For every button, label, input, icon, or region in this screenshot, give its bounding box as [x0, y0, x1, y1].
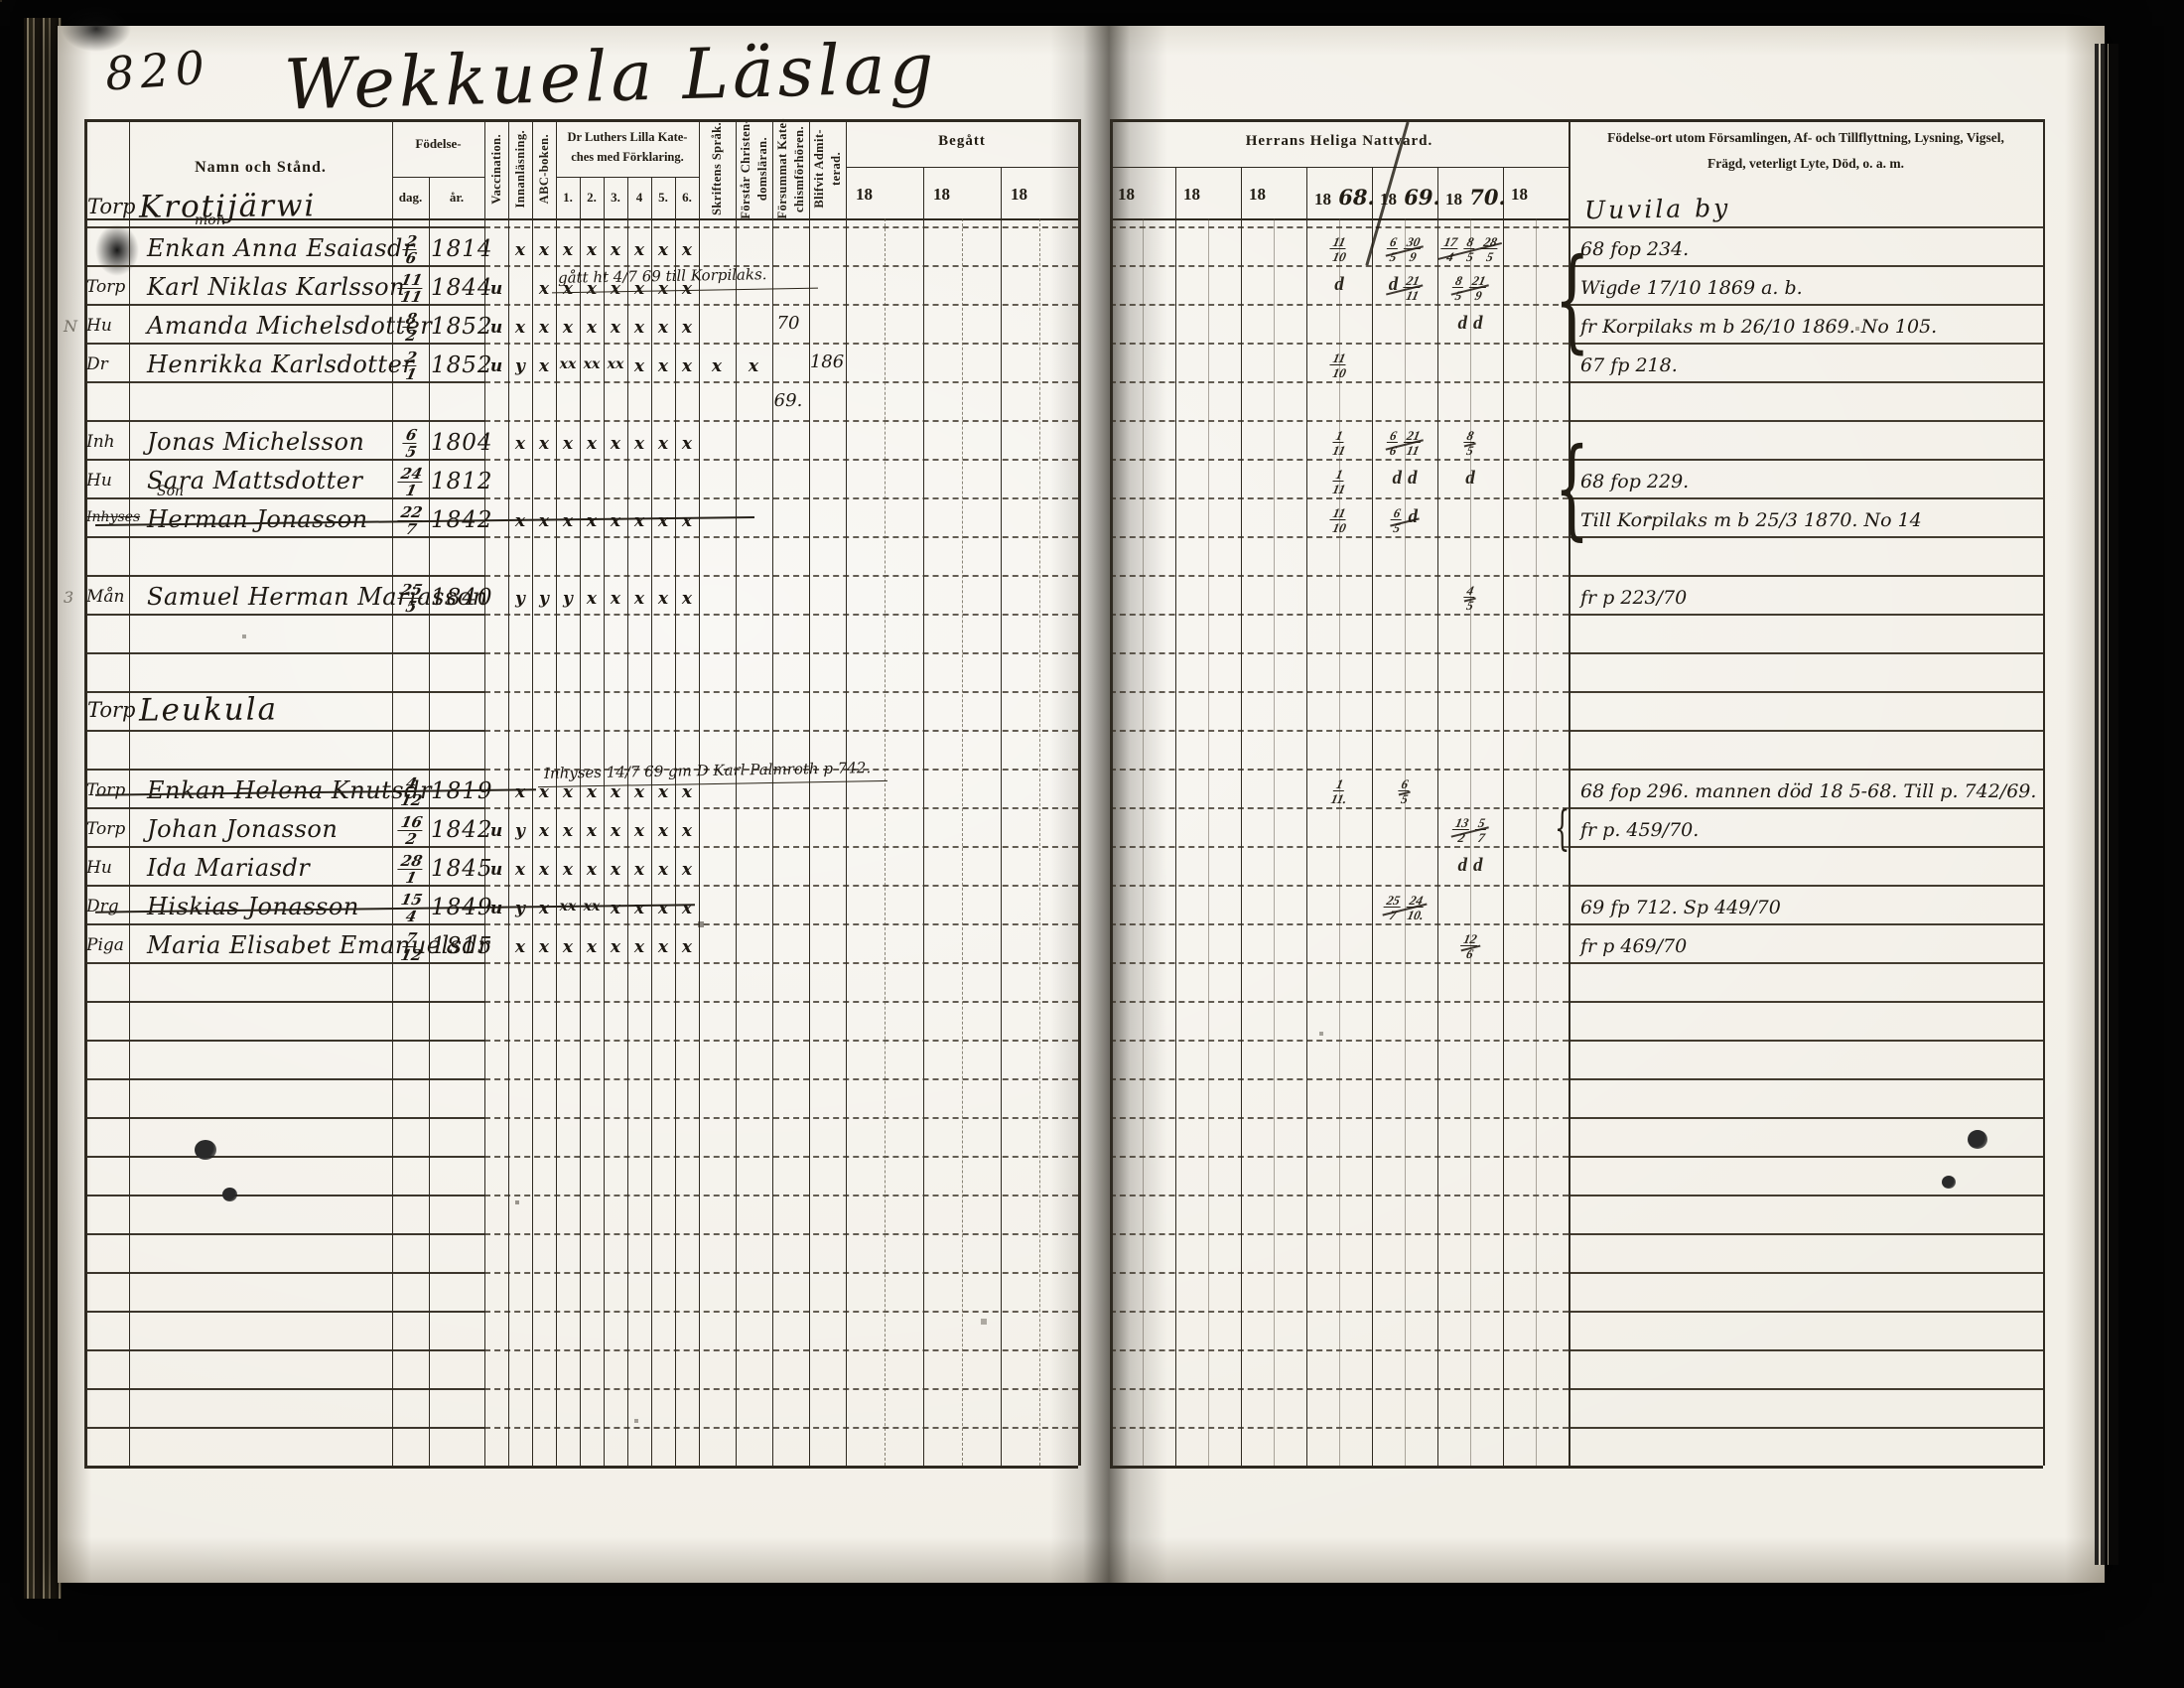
- rule-line: [484, 962, 1078, 964]
- marginal-note: 68 fop 234.: [1580, 238, 1689, 260]
- grid-line-vertical: [1372, 167, 1373, 1466]
- grid-subdivider: [962, 218, 963, 1466]
- birth-year: 1849: [431, 895, 493, 920]
- rule-line: [1569, 226, 2043, 228]
- birth-day: 712: [393, 931, 429, 963]
- mark: x: [587, 937, 597, 957]
- rule-line: [484, 536, 1078, 538]
- birth-day: 255: [393, 583, 429, 615]
- person-name: Henrikka Karlsdotter: [147, 351, 414, 378]
- birth-year: 1814: [431, 236, 493, 262]
- marginal-note: fr p. 459/70.: [1580, 819, 1699, 841]
- rule-line: [484, 1040, 1078, 1042]
- rule-line: [84, 575, 484, 577]
- mark: x: [634, 821, 644, 841]
- person-name: Herman Jonasson: [147, 505, 368, 533]
- row-prefix: Torp: [86, 819, 125, 839]
- mark: x: [611, 240, 620, 260]
- birth-day: 26: [393, 234, 429, 266]
- rule-line: [484, 652, 1078, 654]
- grid-line-vertical: [1110, 119, 1113, 1466]
- section-heading: Leukula: [139, 691, 278, 728]
- communion-dates: 111.: [1331, 777, 1347, 805]
- rule-line: [1569, 730, 2043, 732]
- mark: u: [490, 821, 502, 841]
- rule-line: [484, 226, 1078, 228]
- birth-day: 281: [393, 854, 429, 886]
- grid-subdivider: [1339, 218, 1340, 1466]
- margin-scribble: 3: [64, 588, 73, 607]
- marginal-note: fr p 223/70: [1580, 587, 1687, 609]
- row-prefix: Hu: [86, 471, 112, 491]
- rule-line: [484, 885, 1078, 887]
- mark: x: [611, 589, 620, 609]
- rule-line: [1569, 1040, 2043, 1042]
- grid-line: [84, 1466, 1078, 1469]
- row-prefix: Drg: [86, 897, 119, 916]
- rule-line: [84, 226, 484, 228]
- rule-line: [84, 1195, 484, 1196]
- mark: x: [539, 860, 549, 880]
- mark: xx: [560, 899, 577, 914]
- mark: x: [658, 821, 668, 841]
- mark: x: [515, 511, 525, 531]
- grid-subdivider: [1208, 218, 1209, 1466]
- mark: x: [658, 860, 668, 880]
- communion-dates: 111: [1333, 429, 1345, 457]
- grid-line-vertical: [736, 119, 737, 1466]
- mark: u: [490, 318, 502, 338]
- birth-day: 1111: [393, 273, 429, 305]
- row-prefix: Inh: [86, 432, 115, 452]
- rule-line: [84, 1001, 484, 1003]
- mark: x: [611, 511, 620, 531]
- birth-year: 1842: [431, 817, 493, 843]
- rule-line: [484, 459, 1078, 461]
- mark: x: [587, 860, 597, 880]
- communion-dates: d2111: [1389, 274, 1422, 302]
- ink-blot: [195, 1140, 216, 1160]
- rule-line: [1569, 575, 2043, 577]
- grid-subdivider: [1536, 218, 1537, 1466]
- rule-line: [84, 1272, 484, 1274]
- rule-line: [484, 730, 1078, 732]
- birth-year: 1844: [431, 275, 493, 301]
- communion-dates: 45: [1465, 584, 1476, 612]
- communion-dates: d: [1465, 468, 1475, 490]
- rule-line: [1569, 1272, 2043, 1274]
- mark: x: [611, 899, 620, 918]
- rule-line: [484, 1349, 1078, 1351]
- mark: y: [515, 356, 525, 376]
- birth-year: 1852: [431, 314, 493, 340]
- communion-dates: d: [1334, 274, 1344, 296]
- mark: x: [563, 860, 573, 880]
- communion-dates: 2572410.: [1385, 894, 1425, 921]
- mark: x: [563, 240, 573, 260]
- rule-line: [1569, 1349, 2043, 1351]
- grid-subdivider: [1405, 218, 1406, 1466]
- grid-line-vertical: [1175, 167, 1176, 1466]
- grid-line-vertical: [1306, 167, 1307, 1466]
- mark: y: [515, 589, 525, 609]
- marginal-note: Till Korpilaks m b 25/3 1870. No 14: [1580, 509, 1922, 531]
- marginal-note: Wigde 17/10 1869 a. b.: [1580, 277, 1803, 299]
- grid-line-vertical: [1241, 167, 1242, 1466]
- rule-line: [1569, 1311, 2043, 1313]
- ink-blot: [222, 1188, 237, 1201]
- rule-line: [1569, 846, 2043, 848]
- birth-year: 1852: [431, 352, 493, 378]
- mark: x: [539, 240, 549, 260]
- rule-line: [484, 420, 1078, 422]
- mark: x: [682, 782, 692, 802]
- grid-line-vertical: [2043, 119, 2045, 1466]
- section-heading: Krotijärwi: [139, 188, 317, 225]
- rule-line: [84, 769, 484, 771]
- birth-year: 1804: [431, 430, 493, 456]
- communion-dates: 13257: [1453, 816, 1487, 844]
- rule-line: [84, 420, 484, 422]
- rule-line: [484, 1001, 1078, 1003]
- rule-line: [484, 575, 1078, 577]
- rule-line: [484, 304, 1078, 306]
- mark: x: [682, 511, 692, 531]
- mark: x: [539, 899, 549, 918]
- person-name: Jonas Michelsson: [147, 428, 364, 456]
- birth-day: 65: [393, 428, 429, 460]
- mark: x: [587, 589, 597, 609]
- mark: x: [563, 511, 573, 531]
- mark: u: [490, 860, 502, 880]
- mark: x: [634, 356, 644, 376]
- communion-dates: dd: [1458, 855, 1483, 877]
- mark: x: [611, 860, 620, 880]
- rule-line: [84, 1311, 484, 1313]
- rule-line: [84, 1156, 484, 1158]
- communion-dates: 1110: [1331, 352, 1347, 379]
- mark: x: [515, 240, 525, 260]
- rule-line: [84, 1233, 484, 1235]
- rule-line: [1569, 536, 2043, 538]
- grid-line-vertical: [532, 119, 533, 1466]
- mark: x: [682, 937, 692, 957]
- communion-dates: 85219: [1453, 274, 1487, 302]
- grid-line: [1110, 1466, 2043, 1469]
- grouping-brace: {: [1555, 804, 1570, 852]
- grid-line-vertical: [1437, 167, 1438, 1466]
- rule-line: [84, 1117, 484, 1119]
- birth-day: 21: [393, 351, 429, 382]
- communion-dates: 65d: [1392, 506, 1418, 534]
- mark: x: [563, 318, 573, 338]
- mark: x: [634, 511, 644, 531]
- rule-line: [1569, 1195, 2043, 1196]
- rule-line: [1569, 614, 2043, 616]
- section-prefix: Torp: [87, 195, 136, 218]
- grid-subdivider: [1274, 218, 1275, 1466]
- mark: x: [682, 240, 692, 260]
- row-above-note: Son: [157, 484, 184, 499]
- mark: x: [634, 860, 644, 880]
- mark: x: [587, 318, 597, 338]
- mark: x: [539, 356, 549, 376]
- rule-line: [1569, 1233, 2043, 1235]
- mark: x: [587, 821, 597, 841]
- place-note: Uuvila by: [1584, 194, 1731, 225]
- mark: x: [611, 434, 620, 454]
- grid-line-vertical: [809, 119, 810, 1466]
- mark: x: [587, 240, 597, 260]
- mark: x: [515, 782, 525, 802]
- grid-line-vertical: [699, 119, 700, 1466]
- mark: u: [490, 356, 502, 376]
- mark: x: [563, 821, 573, 841]
- mark: y: [563, 589, 573, 609]
- paper-specks: [0, 0, 2, 2]
- section-prefix: Torp: [87, 698, 136, 722]
- rule-line: [84, 1427, 484, 1429]
- rule-line: [484, 497, 1078, 499]
- birth-day: 162: [393, 815, 429, 847]
- mark: x: [539, 279, 549, 299]
- mark: x: [539, 821, 549, 841]
- communion-dates: 65309: [1388, 235, 1422, 263]
- mark: x: [658, 782, 668, 802]
- grid-line-vertical: [675, 177, 676, 1466]
- communion-dates: dd: [1393, 468, 1418, 490]
- grid-line: [392, 177, 484, 178]
- row-prefix: Dr: [86, 354, 108, 374]
- mark: x: [515, 937, 525, 957]
- rule-line: [484, 1156, 1078, 1158]
- grid-line-vertical: [1503, 167, 1504, 1466]
- rule-line: [484, 265, 1078, 267]
- grid-line-vertical: [627, 177, 628, 1466]
- marginal-note: 68 fop 229.: [1580, 471, 1689, 492]
- mark: x: [515, 860, 525, 880]
- mark: x: [539, 511, 549, 531]
- rule-line: [484, 614, 1078, 616]
- communion-dates: 85: [1465, 429, 1476, 457]
- mark: x: [682, 899, 692, 918]
- mark: x: [563, 937, 573, 957]
- communion-dates: 1110: [1331, 506, 1347, 534]
- rule-line: [1569, 923, 2043, 925]
- mark: x: [563, 434, 573, 454]
- mark: x: [658, 356, 668, 376]
- mark: u: [490, 899, 502, 918]
- mark: x: [539, 434, 549, 454]
- mark: xx: [584, 356, 601, 372]
- mark: x: [634, 434, 644, 454]
- communion-dates: 1110: [1331, 235, 1347, 263]
- grid-line: [846, 167, 1078, 168]
- rule-line: [484, 1078, 1078, 1080]
- mark: x: [539, 937, 549, 957]
- birth-year: 1840: [431, 585, 493, 611]
- rule-line: [484, 1427, 1078, 1429]
- grid-line-vertical: [580, 177, 581, 1466]
- rule-line: [1569, 807, 2043, 809]
- rule-line: [1569, 1117, 2043, 1119]
- marginal-note: fr p 469/70: [1580, 935, 1687, 957]
- rule-line: [1569, 1427, 2043, 1429]
- mark: x: [682, 318, 692, 338]
- rule-line: [1569, 343, 2043, 345]
- grid-line-vertical: [508, 119, 509, 1466]
- marginal-note: 68 fop 296. mannen död 18 5-68. Till p. …: [1580, 780, 2036, 802]
- grid-line-vertical: [1078, 119, 1081, 1466]
- mark: x: [658, 937, 668, 957]
- mark: u: [490, 279, 502, 299]
- register-content-layer: TorpKrotijärwimor.Enkan Anna Esaiasdr261…: [0, 0, 2184, 1688]
- mark: xx: [560, 356, 577, 372]
- grid-line: [1110, 119, 2043, 122]
- rule-line: [484, 846, 1078, 848]
- row-prefix: Mån: [86, 587, 125, 607]
- rule-line: [1569, 381, 2043, 383]
- grid-line-vertical: [429, 177, 430, 1466]
- row-prefix: Torp: [86, 277, 125, 297]
- grid-line-vertical: [604, 177, 605, 1466]
- birth-year: 1845: [431, 856, 493, 882]
- rule-line: [484, 923, 1078, 925]
- grid-line: [1110, 167, 1569, 168]
- communion-dates: 662111: [1388, 429, 1422, 457]
- mark: x: [634, 318, 644, 338]
- mark: x: [682, 356, 692, 376]
- rule-line: [84, 730, 484, 732]
- birth-year: 1819: [431, 778, 493, 804]
- birth-year: 1812: [431, 469, 493, 494]
- grid-line-vertical: [556, 119, 557, 1466]
- rule-line: [1569, 420, 2043, 422]
- rule-line: [84, 652, 484, 654]
- rule-line: [484, 807, 1078, 809]
- grouping-brace: {: [1555, 433, 1589, 542]
- mark: xx: [584, 899, 601, 914]
- column-note: 186: [810, 352, 844, 372]
- rule-line: [84, 1388, 484, 1390]
- birth-year: 1815: [431, 933, 493, 959]
- communion-dates: dd: [1458, 313, 1483, 335]
- mark: y: [515, 899, 525, 918]
- communion-dates: 65: [1400, 777, 1411, 805]
- mark: x: [634, 899, 644, 918]
- rule-line: [484, 1272, 1078, 1274]
- mark: x: [634, 589, 644, 609]
- row-prefix: Piga: [86, 935, 124, 955]
- person-name: Johan Jonasson: [147, 815, 338, 843]
- rule-line: [484, 1388, 1078, 1390]
- mark: x: [682, 434, 692, 454]
- column-note: 69.: [774, 390, 803, 411]
- marginal-note: 69 fp 712. Sp 449/70: [1580, 897, 1781, 918]
- mark: x: [634, 937, 644, 957]
- mark: x: [658, 318, 668, 338]
- mark: x: [587, 511, 597, 531]
- row-prefix: Torp: [86, 780, 125, 800]
- mark: x: [682, 821, 692, 841]
- rule-line: [1569, 1001, 2043, 1003]
- rule-line: [1569, 691, 2043, 693]
- mark: x: [658, 589, 668, 609]
- mark: x: [712, 356, 722, 376]
- rule-line: [484, 381, 1078, 383]
- rule-line: [484, 1195, 1078, 1196]
- marginal-note: fr Korpilaks m b 26/10 1869. No 105.: [1580, 316, 1937, 338]
- rule-line: [1569, 652, 2043, 654]
- mark: x: [611, 821, 620, 841]
- grid-line-vertical: [129, 119, 130, 1466]
- interline-note: gått ht 4/7 69 till Korpilaks.: [558, 265, 767, 287]
- mark: x: [658, 240, 668, 260]
- row-prefix: Hu: [86, 316, 112, 336]
- mark: x: [515, 318, 525, 338]
- grid-line: [84, 119, 1078, 122]
- rule-line: [1569, 1388, 2043, 1390]
- person-name: Ida Mariasdr: [147, 854, 310, 882]
- grouping-brace: {: [1555, 244, 1590, 355]
- rule-line: [1569, 1156, 2043, 1158]
- mark: x: [515, 434, 525, 454]
- rule-line: [484, 1233, 1078, 1235]
- birth-day: 154: [393, 893, 429, 924]
- rule-line: [484, 691, 1078, 693]
- mark: x: [634, 240, 644, 260]
- communion-dates: 126: [1462, 932, 1479, 960]
- grid-line-vertical: [651, 177, 652, 1466]
- interline-note: Inhyses 14/7 69 gm D Karl Palmroth p 742…: [544, 759, 871, 782]
- mark: x: [539, 318, 549, 338]
- mark: x: [658, 511, 668, 531]
- rule-line: [1569, 497, 2043, 499]
- grid-line-vertical: [772, 119, 773, 1466]
- person-name: Karl Niklas Karlsson: [147, 273, 405, 301]
- row-above-note: mor.: [195, 212, 225, 228]
- mark: y: [539, 589, 549, 609]
- grid-subdivider: [1143, 218, 1144, 1466]
- mark: y: [515, 821, 525, 841]
- rule-line: [1569, 769, 2043, 771]
- rule-line: [1569, 885, 2043, 887]
- mark: x: [658, 434, 668, 454]
- rule-line: [484, 1311, 1078, 1313]
- mark: xx: [608, 356, 624, 372]
- ink-blot: [1942, 1176, 1956, 1189]
- rule-line: [484, 1117, 1078, 1119]
- birth-day: 82: [393, 312, 429, 344]
- rule-line: [84, 1349, 484, 1351]
- rule-line: [1569, 459, 2043, 461]
- communion-dates: 17485285: [1442, 235, 1499, 263]
- rule-line: [1569, 265, 2043, 267]
- mark: x: [587, 434, 597, 454]
- rule-line: [1569, 962, 2043, 964]
- mark: x: [611, 937, 620, 957]
- scanned-register-photo: 820 Wekkuela Läslag Namn och Stånd. Föde…: [0, 0, 2184, 1688]
- margin-scribble: N: [64, 317, 77, 336]
- grid-line-vertical: [846, 119, 847, 1466]
- rule-line: [1569, 304, 2043, 306]
- birth-year: 1842: [431, 507, 493, 533]
- rule-line: [1569, 1078, 2043, 1080]
- birth-day: 241: [393, 467, 429, 498]
- mark: x: [749, 356, 758, 376]
- communion-dates: 111: [1333, 468, 1345, 495]
- marginal-note: 67 fp 218.: [1580, 354, 1678, 376]
